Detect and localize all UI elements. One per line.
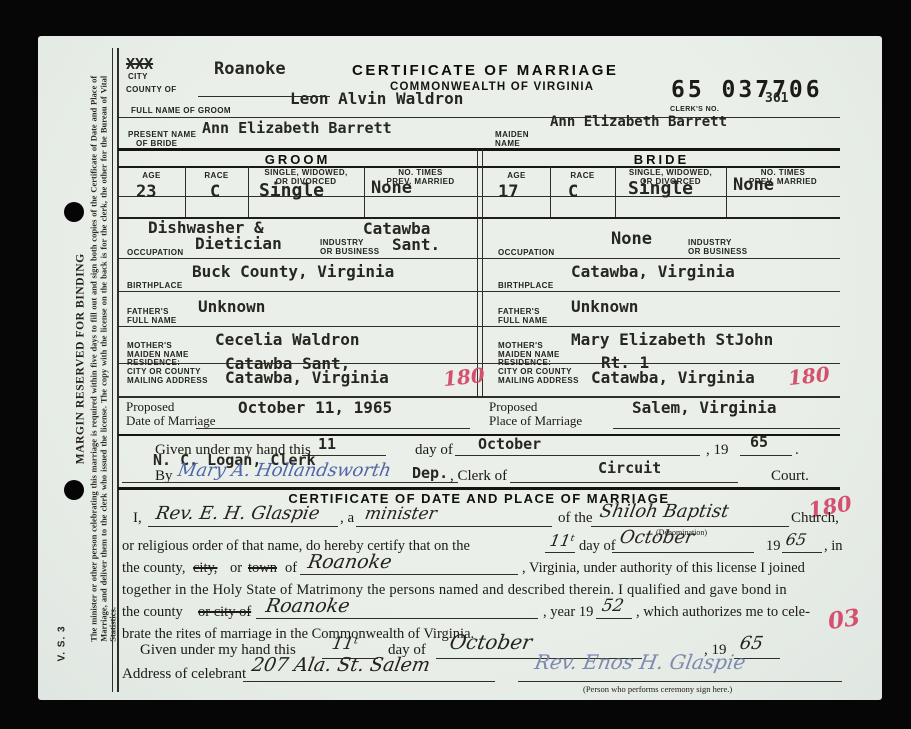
- rule-line: [122, 482, 458, 483]
- bride-present-name: Ann Elizabeth Barrett: [202, 119, 392, 137]
- bride-panel-title: BRIDE: [483, 152, 840, 167]
- bride-race-value: C: [568, 182, 578, 202]
- groom-race-value: C: [210, 182, 220, 202]
- church-name: Shiloh Baptist: [598, 501, 730, 522]
- bride-age-value: 17: [498, 182, 518, 202]
- clerk-day-value: 11: [318, 435, 336, 453]
- clerk-of-text: , Clerk of: [450, 468, 507, 485]
- rule-line: [356, 526, 552, 527]
- rule-line: [545, 552, 575, 553]
- cert-city-struck: city,: [193, 560, 217, 577]
- margin-heading: MARGIN RESERVED FOR BINDING: [74, 76, 86, 642]
- court-text: Court.: [771, 468, 809, 485]
- form-number: V. S. 3: [57, 602, 68, 662]
- cert-line2-text: or religious order of that name, do here…: [122, 538, 470, 555]
- city-label: CITY: [128, 73, 148, 82]
- celebrant-address-hand: 207 Ala. St. Salem: [250, 654, 432, 676]
- groom-name-value: Leon Alvin Waldron: [290, 89, 463, 108]
- groom-residence-value: Catawba, Virginia: [225, 368, 389, 387]
- rule-line: [118, 196, 840, 197]
- bride-age-label: AGE: [483, 172, 550, 181]
- rule-line: [118, 117, 840, 118]
- bride-red-stamp: 180: [787, 362, 831, 390]
- bride-father-label2: FULL NAME: [498, 317, 548, 326]
- cert-ofthe-text: of the: [558, 510, 593, 527]
- groom-father-value: Unknown: [198, 297, 265, 316]
- bride-father-value: Unknown: [571, 297, 638, 316]
- rule-line: [782, 552, 822, 553]
- cert-year-hand: 65: [784, 530, 808, 549]
- cert-in-text: , in: [824, 538, 843, 555]
- cert-church-text: Church,: [791, 510, 839, 527]
- clerk-dep-text: Dep.: [412, 464, 448, 482]
- clerk-month-value: October: [478, 435, 541, 453]
- typed-number: 361: [765, 91, 788, 106]
- proposed-date-value: October 11, 1965: [238, 398, 392, 417]
- groom-industry-value2: Sant.: [392, 235, 440, 254]
- bride-residence-label3: MAILING ADDRESS: [498, 377, 579, 386]
- rule-line: [118, 148, 840, 151]
- cert-month-hand: October: [618, 527, 695, 548]
- groom-mother-value: Cecelia Waldron: [215, 330, 360, 349]
- celebrant-signature: Rev. E. H. Glaspie: [154, 503, 321, 524]
- city-value: Roanoke: [214, 59, 286, 79]
- punch-hole: [64, 202, 84, 222]
- rule-line: [300, 574, 518, 575]
- page-title: CERTIFICATE OF MARRIAGE: [352, 62, 618, 79]
- cert-given-day: 11ᵗ: [330, 634, 359, 654]
- cert-i-text: I,: [133, 510, 142, 527]
- cert-line5-rest: , which authorizes me to cele-: [636, 604, 810, 621]
- margin-paragraph: The minister or other person celebrating…: [89, 76, 118, 642]
- bride-race-label: RACE: [550, 172, 615, 181]
- bride-occupation-label: OCCUPATION: [498, 249, 555, 258]
- maiden-name-value: Ann Elizabeth Barrett: [550, 114, 727, 130]
- rule-line: [112, 48, 113, 692]
- groom-residence-label3: MAILING ADDRESS: [127, 377, 208, 386]
- cert-line5-pre: the county: [122, 604, 183, 621]
- rule-line: [118, 291, 840, 292]
- rule-line: [455, 455, 700, 456]
- cert-day-hand: 11ᵗ: [548, 531, 576, 550]
- rule-line: [196, 428, 470, 429]
- groom-age-value: 23: [136, 182, 156, 202]
- court-name-value: Circuit: [598, 459, 661, 477]
- groom-industry-label2: OR BUSINESS: [320, 248, 380, 257]
- proposed-date-label2: Date of Marriage: [126, 413, 216, 429]
- rule-line: [243, 681, 495, 682]
- rule-line: [596, 618, 632, 619]
- rule-line: [482, 149, 483, 396]
- bride-birthplace-value: Catawba, Virginia: [571, 262, 735, 281]
- rule-line: [477, 149, 478, 396]
- rule-line: [510, 482, 738, 483]
- rule-line: [118, 487, 840, 490]
- rule-line: [118, 326, 840, 327]
- cert-of-text: of: [285, 560, 297, 577]
- groom-name-label: FULL NAME OF GROOM: [131, 107, 231, 116]
- cert-line6-text: brate the rites of marriage in the Commo…: [122, 626, 474, 643]
- bride-marital-value: Single: [628, 178, 693, 199]
- groom-age-label: AGE: [118, 172, 185, 181]
- clerk-dayof-text: day of: [415, 442, 453, 459]
- groom-birthplace-value: Buck County, Virginia: [192, 262, 394, 281]
- groom-birthplace-label: BIRTHPLACE: [127, 282, 183, 291]
- rule-line: [518, 681, 842, 682]
- cert-given-month: October: [448, 630, 534, 654]
- bride-industry-label2: OR BUSINESS: [688, 248, 748, 257]
- marriage-certificate-card: MARGIN RESERVED FOR BINDING The minister…: [38, 36, 882, 700]
- clerk-number-stamp: 65 037706: [671, 77, 823, 103]
- cert-line3-rest: , Virginia, under authority of this lice…: [522, 560, 805, 577]
- cert-line3-pre: the county,: [122, 560, 186, 577]
- celebrant-role: minister: [363, 504, 438, 524]
- rule-line: [613, 428, 840, 429]
- rule-line: [612, 552, 754, 553]
- cert-place2-hand: Roanoke: [264, 595, 351, 617]
- city-strikeout: XXX: [126, 55, 153, 73]
- clerk-19-text: , 19: [706, 442, 729, 459]
- clerk-period: .: [795, 442, 799, 459]
- cert-line4-text: together in the Holy State of Matrimony …: [122, 582, 787, 599]
- rule-line: [740, 455, 792, 456]
- cert-town-struck: town: [248, 560, 277, 577]
- groom-red-stamp: 180: [442, 363, 486, 391]
- groom-occupation-value2: Dietician: [195, 234, 282, 253]
- county-label: COUNTY OF: [126, 86, 177, 95]
- rule-line: [117, 48, 119, 692]
- groom-times-value: None: [371, 178, 412, 198]
- groom-marital-value: Single: [259, 180, 324, 201]
- groom-occupation-label: OCCUPATION: [127, 249, 184, 258]
- groom-race-label: RACE: [185, 172, 248, 181]
- punch-hole: [64, 480, 84, 500]
- groom-father-label2: FULL NAME: [127, 317, 177, 326]
- rule-line: [118, 258, 840, 259]
- sign-here-label: (Person who performs ceremony sign here.…: [583, 684, 732, 694]
- bride-birthplace-label: BIRTHPLACE: [498, 282, 554, 291]
- rule-line: [148, 526, 338, 527]
- cert-place1-hand: Roanoke: [306, 551, 393, 573]
- deputy-signature: Mary A. Hollandsworth: [176, 460, 393, 481]
- cert-19-text: 19: [766, 538, 781, 555]
- cert-dayof-text: day of: [579, 538, 616, 555]
- bride-occupation-value: None: [611, 229, 652, 249]
- minister-signature: Rev. Enos H. Glaspie: [533, 650, 748, 674]
- cert-red-stamp2: 03: [826, 604, 861, 635]
- cert-a-text: , a: [340, 510, 354, 527]
- cert-bond-year-hand: 52: [600, 596, 625, 616]
- proposed-place-label2: Place of Marriage: [489, 413, 582, 429]
- cert-or-text: or: [230, 560, 242, 577]
- clerk-year-value: 65: [750, 433, 768, 451]
- scanned-page: MARGIN RESERVED FOR BINDING The minister…: [0, 0, 911, 729]
- bride-times-value: None: [733, 175, 774, 195]
- proposed-place-value: Salem, Virginia: [632, 398, 777, 417]
- rule-line: [256, 618, 538, 619]
- groom-panel-title: GROOM: [118, 152, 477, 167]
- cert-orcity-struck: or city of: [198, 604, 251, 621]
- bride-residence-value: Catawba, Virginia: [591, 368, 755, 387]
- bride-mother-value: Mary Elizabeth StJohn: [571, 330, 773, 349]
- cert-year-pre: , year 19: [543, 604, 593, 621]
- address-label: Address of celebrant: [122, 666, 246, 683]
